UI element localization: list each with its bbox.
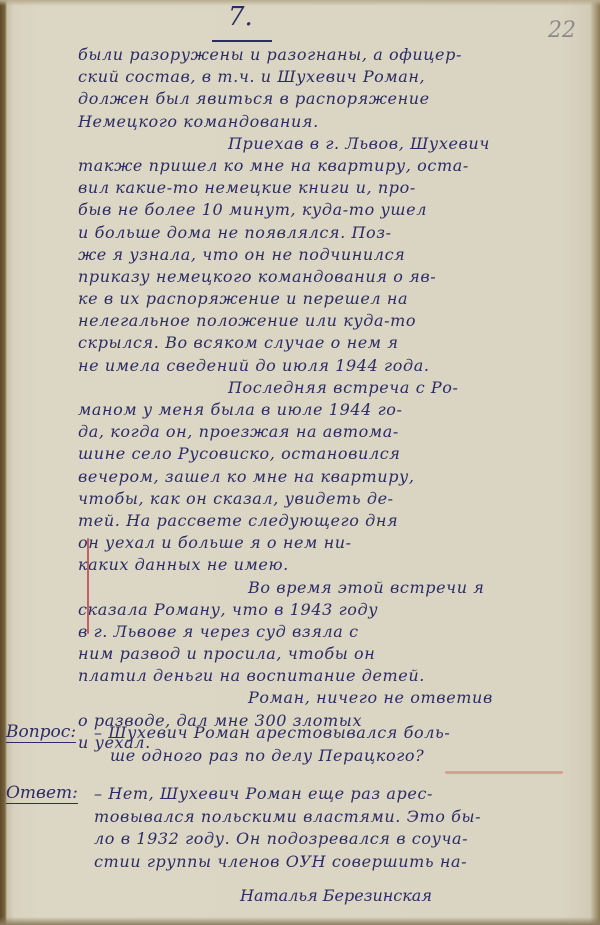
body-line: каких данных не имею. [78, 554, 588, 576]
answer-label: Ответ: [6, 783, 78, 804]
answer-line: товывался польскими властями. Это бы- [94, 806, 594, 829]
answer-line: – Нет, Шухевич Роман еще раз арес- [94, 783, 594, 806]
body-line: нелегальное положение или куда-то [78, 310, 588, 332]
signature: Наталья Березинская [240, 886, 432, 905]
answer-line: ло в 1932 году. Он подозревался в соуча- [94, 828, 594, 851]
body-line: сказала Роману, что в 1943 году [78, 599, 588, 621]
body-line: Во время этой встречи я [78, 577, 588, 599]
testimony-body: были разоружены и разогнаны, а офицер- с… [78, 44, 588, 754]
body-line: быв не более 10 минут, куда-то ушел [78, 199, 588, 221]
body-line: шине село Русовиско, остановился [78, 443, 588, 465]
body-line: маном у меня была в июле 1944 го- [78, 399, 588, 421]
body-line: же я узнала, что он не подчинился [78, 244, 588, 266]
red-pencil-underline [445, 771, 563, 774]
question-label: Вопрос: [6, 722, 76, 743]
body-line: чтобы, как он сказал, увидеть де- [78, 488, 588, 510]
body-line: Немецкого командования. [78, 111, 588, 133]
body-line: вечером, зашел ко мне на квартиру, [78, 466, 588, 488]
body-line: скрылся. Во всяком случае о нем я [78, 332, 588, 354]
archive-folio-number: 22 [548, 18, 576, 43]
question-text: – Шухевич Роман арестовывался боль- ше о… [94, 722, 594, 767]
answer-text: – Нет, Шухевич Роман еще раз арес- товыв… [94, 783, 594, 873]
body-line: тей. На рассвете следующего дня [78, 510, 588, 532]
body-line: были разоружены и разогнаны, а офицер- [78, 44, 588, 66]
page-number: 7. [228, 2, 253, 32]
body-line: вил какие-то немецкие книги и, про- [78, 177, 588, 199]
body-line: и больше дома не появлялся. Поз- [78, 222, 588, 244]
document-page: 7. 22 были разоружены и разогнаны, а офи… [0, 0, 600, 925]
body-line: Роман, ничего не ответив [78, 687, 588, 709]
question-line: ше одного раз по делу Перацкого? [94, 745, 594, 768]
answer-line: стии группы членов ОУН совершить на- [94, 851, 594, 874]
body-line: да, когда он, проезжая на автома- [78, 421, 588, 443]
body-line: Приехав в г. Львов, Шухевич [78, 133, 588, 155]
body-line: также пришел ко мне на квартиру, оста- [78, 155, 588, 177]
body-line: не имела сведений до июля 1944 года. [78, 355, 588, 377]
body-line: должен был явиться в распоряжение [78, 88, 588, 110]
body-line: ке в их распоряжение и перешел на [78, 288, 588, 310]
body-line: приказу немецкого командования о яв- [78, 266, 588, 288]
body-line: ский состав, в т.ч. и Шухевич Роман, [78, 66, 588, 88]
body-line: платил деньги на воспитание детей. [78, 665, 588, 687]
body-line: в г. Львове я через суд взяла с [78, 621, 588, 643]
red-pencil-margin-mark [87, 538, 89, 634]
body-line: он уехал и больше я о нем ни- [78, 532, 588, 554]
body-line: ним развод и просила, чтобы он [78, 643, 588, 665]
question-line: – Шухевич Роман арестовывался боль- [94, 722, 594, 745]
page-number-underline [212, 40, 272, 42]
body-line: Последняя встреча с Ро- [78, 377, 588, 399]
